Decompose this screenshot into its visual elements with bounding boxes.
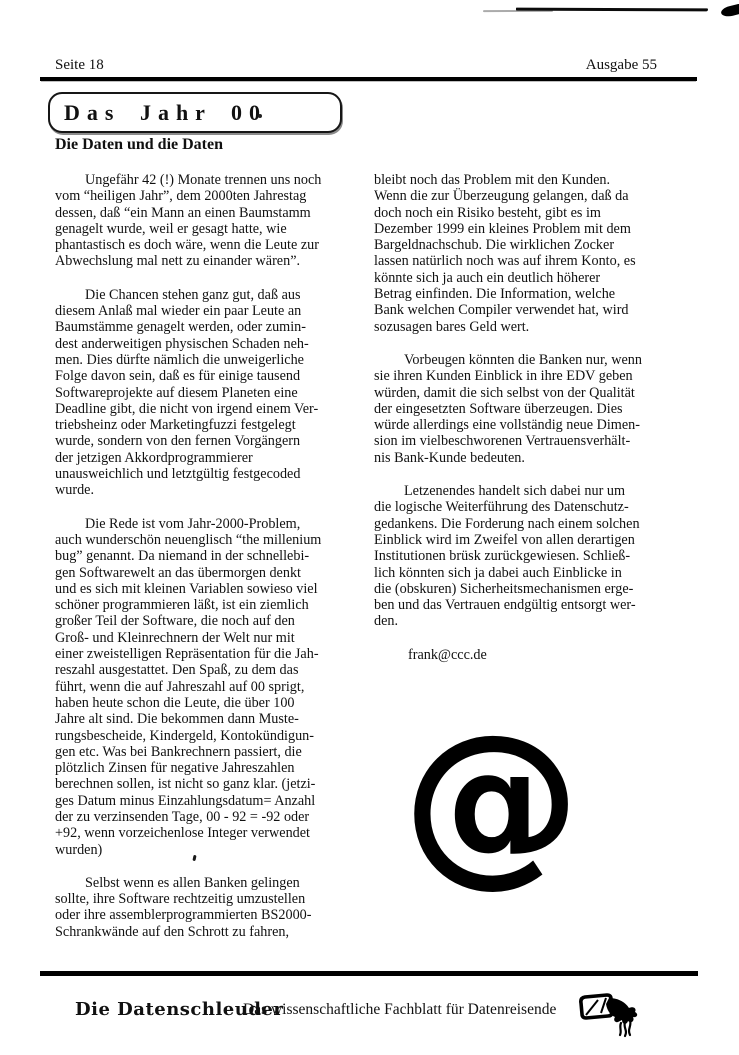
- author-email: frank@ccc.de: [374, 647, 694, 663]
- article-column-right: bleibt noch das Problem mit den Kunden. …: [374, 172, 694, 680]
- paragraph: Vorbeugen könnten die Banken nur, wenn s…: [374, 352, 694, 466]
- at-glyph: @: [403, 711, 581, 889]
- scanned-magazine-page: Seite 18 Ausgabe 55 Das Jahr 00 Die Date…: [0, 0, 739, 1055]
- paragraph: Selbst wenn es allen Banken gelingen sol…: [55, 875, 375, 940]
- slingshot-logo-icon: [577, 991, 643, 1047]
- magazine-tagline: Das wissenschaftliche Fachblatt für Date…: [243, 1001, 556, 1019]
- at-symbol-graphic: @: [399, 700, 584, 900]
- article-column-left: Ungefähr 42 (!) Monate trennen uns noch …: [55, 172, 375, 957]
- header-rule: [40, 77, 697, 81]
- paragraph: Die Rede ist vom Jahr-2000-Problem, auch…: [55, 516, 375, 858]
- article-title: Das Jahr 00: [50, 100, 267, 126]
- paragraph: bleibt noch das Problem mit den Kunden. …: [374, 172, 694, 335]
- article-title-box: Das Jahr 00: [48, 92, 342, 133]
- page-number-label: Seite 18: [55, 57, 104, 74]
- paragraph: Ungefähr 42 (!) Monate trennen uns noch …: [55, 172, 375, 270]
- paragraph: Letzenendes handelt sich dabei nur um di…: [374, 483, 694, 630]
- paragraph: Die Chancen stehen ganz gut, daß aus die…: [55, 287, 375, 499]
- footer-rule: [40, 971, 698, 976]
- scan-dot: [258, 114, 262, 118]
- article-heading: Die Daten und die Daten: [55, 136, 223, 154]
- scan-corner-blob: [720, 4, 739, 19]
- issue-label: Ausgabe 55: [586, 57, 657, 74]
